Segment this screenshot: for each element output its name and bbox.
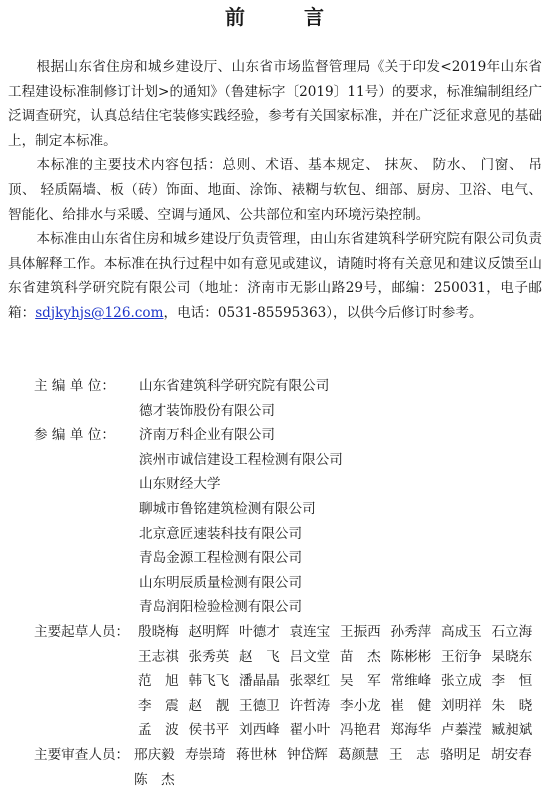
person-name: 王衍争 <box>441 645 492 670</box>
name-row: 陈 杰 <box>134 768 549 791</box>
paragraph-technical-content: 本标准的主要技术内容包括：总则、术语、基本规定、 抹灰、 防水、 门窗、 吊顶、… <box>8 153 542 227</box>
name-row: 殷晓梅赵明辉叶德才袁连宝王振西孙秀萍高成玉石立海 <box>138 620 549 645</box>
person-name: 吴 军 <box>340 669 391 694</box>
person-name: 臧昶斌 <box>492 718 543 743</box>
list-item: 山东财经大学 <box>139 472 549 497</box>
person-name: 石立海 <box>492 620 543 645</box>
list-item: 青岛金源工程检测有限公司 <box>139 546 549 571</box>
list-item: 北京意匠速装科技有限公司 <box>139 522 549 547</box>
person-name: 张翠红 <box>290 669 341 694</box>
person-name: 孟 波 <box>138 718 189 743</box>
person-name: 陈彬彬 <box>391 645 442 670</box>
drafters-label: 主要起草人员： <box>34 620 129 645</box>
list-item: 青岛润阳检验检测有限公司 <box>139 595 549 620</box>
list-item: 山东省建筑科学研究院有限公司 <box>139 374 549 399</box>
paragraph-management: 本标准由山东省住房和城乡建设厅负责管理，由山东省建筑科学研究院有限公司负责具体解… <box>8 227 542 325</box>
name-row: 李 震赵 靓王德卫许哲涛李小龙崔 健刘明祥朱 晓 <box>138 694 549 719</box>
participating-units-label: 参 编 单 位： <box>34 423 134 448</box>
person-name: 蒋世林 <box>236 743 287 768</box>
paragraph-background: 根据山东省住房和城乡建设厅、山东省市场监督管理局《关于印发<2019年山东省工程… <box>8 55 542 153</box>
name-row: 孟 波侯书平刘西峰翟小叶冯艳君郑海华卢蓁滢臧昶斌 <box>138 718 549 743</box>
person-name: 刘西峰 <box>239 718 290 743</box>
person-name: 冯艳君 <box>340 718 391 743</box>
name-row: 范 旭韩飞飞潘晶晶张翠红吴 军常维峰张立成李 恒 <box>138 669 549 694</box>
person-name: 王德卫 <box>239 694 290 719</box>
person-name: 侯书平 <box>189 718 240 743</box>
person-name: 韩飞飞 <box>189 669 240 694</box>
person-name: 赵明辉 <box>189 620 240 645</box>
reviewers: 主要审查人员： 邢庆毅寿崇琦蒋世林钟岱辉葛颜慧王 志骆明足胡安春陈 杰 <box>0 743 549 791</box>
drafters: 主要起草人员： 殷晓梅赵明辉叶德才袁连宝王振西孙秀萍高成玉石立海王志祺张秀英赵 … <box>0 620 549 743</box>
person-name: 高成玉 <box>441 620 492 645</box>
person-name: 潘晶晶 <box>239 669 290 694</box>
paragraph-management-tail: ，电话：0531-85595363），以供今后修订时参考。 <box>164 305 483 321</box>
person-name: 寿崇琦 <box>185 743 236 768</box>
person-name: 赵 飞 <box>239 645 290 670</box>
preface-body: 根据山东省住房和城乡建设厅、山东省市场监督管理局《关于印发<2019年山东省工程… <box>8 55 542 326</box>
person-name: 王振西 <box>340 620 391 645</box>
email-link[interactable]: sdjkyhjs@126.com <box>35 305 163 321</box>
person-name: 卢蓁滢 <box>441 718 492 743</box>
person-name: 翟小叶 <box>290 718 341 743</box>
reviewers-list: 邢庆毅寿崇琦蒋世林钟岱辉葛颜慧王 志骆明足胡安春陈 杰 <box>134 743 549 791</box>
name-row: 王志祺张秀英赵 飞吕文堂苗 杰陈彬彬王衍争杲晓东 <box>138 645 549 670</box>
person-name: 胡安春 <box>491 743 542 768</box>
person-name: 杲晓东 <box>492 645 543 670</box>
person-name: 袁连宝 <box>290 620 341 645</box>
chief-units-label: 主 编 单 位： <box>34 374 134 399</box>
person-name: 邢庆毅 <box>134 743 185 768</box>
list-item: 山东明辰质量检测有限公司 <box>139 571 549 596</box>
chief-units-list: 山东省建筑科学研究院有限公司 德才装饰股份有限公司 <box>139 374 549 423</box>
person-name: 骆明足 <box>440 743 491 768</box>
person-name: 李小龙 <box>340 694 391 719</box>
person-name: 陈 杰 <box>134 768 185 791</box>
person-name: 许哲涛 <box>290 694 341 719</box>
person-name: 孙秀萍 <box>391 620 442 645</box>
person-name: 钟岱辉 <box>287 743 338 768</box>
person-name: 王 志 <box>389 743 440 768</box>
list-item: 德才装饰股份有限公司 <box>139 399 549 424</box>
person-name: 李 恒 <box>492 669 543 694</box>
person-name: 赵 靓 <box>189 694 240 719</box>
person-name: 常维峰 <box>391 669 442 694</box>
participating-units: 参 编 单 位： 济南万科企业有限公司 滨州市诚信建设工程检测有限公司 山东财经… <box>0 423 549 620</box>
person-name: 殷晓梅 <box>138 620 189 645</box>
person-name: 崔 健 <box>391 694 442 719</box>
person-name: 王志祺 <box>138 645 189 670</box>
person-name: 李 震 <box>138 694 189 719</box>
list-item: 滨州市诚信建设工程检测有限公司 <box>139 448 549 473</box>
person-name: 叶德才 <box>239 620 290 645</box>
person-name: 吕文堂 <box>290 645 341 670</box>
person-name: 苗 杰 <box>340 645 391 670</box>
person-name: 张立成 <box>441 669 492 694</box>
person-name: 刘明祥 <box>441 694 492 719</box>
page-title: 前 言 <box>0 2 549 32</box>
list-item: 聊城市鲁铭建筑检测有限公司 <box>139 497 549 522</box>
participating-units-list: 济南万科企业有限公司 滨州市诚信建设工程检测有限公司 山东财经大学 聊城市鲁铭建… <box>139 423 549 620</box>
person-name: 郑海华 <box>391 718 442 743</box>
person-name: 朱 晓 <box>492 694 543 719</box>
list-item: 济南万科企业有限公司 <box>139 423 549 448</box>
name-row: 邢庆毅寿崇琦蒋世林钟岱辉葛颜慧王 志骆明足胡安春 <box>134 743 549 768</box>
chief-units: 主 编 单 位： 山东省建筑科学研究院有限公司 德才装饰股份有限公司 <box>0 374 549 423</box>
drafters-list: 殷晓梅赵明辉叶德才袁连宝王振西孙秀萍高成玉石立海王志祺张秀英赵 飞吕文堂苗 杰陈… <box>138 620 549 743</box>
person-name: 张秀英 <box>189 645 240 670</box>
contributors-section: 主 编 单 位： 山东省建筑科学研究院有限公司 德才装饰股份有限公司 参 编 单… <box>0 374 549 791</box>
person-name: 葛颜慧 <box>338 743 389 768</box>
reviewers-label: 主要审查人员： <box>34 743 129 768</box>
person-name: 范 旭 <box>138 669 189 694</box>
